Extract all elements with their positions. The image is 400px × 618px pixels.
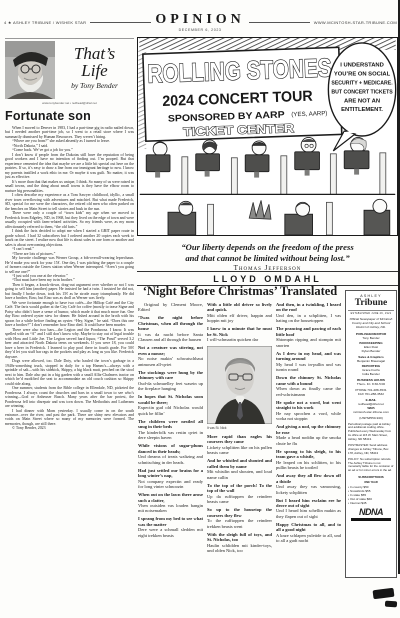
article-paragraph: When I moved to Denver in 1983, I had a …	[5, 126, 134, 139]
poem-stanza: Not a creature was stirring, not even a …	[138, 345, 203, 367]
article-paragraph: I think the farts decided to adopt me wh…	[5, 229, 134, 247]
column-byline: by Tony Bender	[55, 81, 134, 90]
stanza-original: He spoke not a word, but went straight t…	[276, 400, 341, 411]
stanza-original: More rapid than eagles his coursers they…	[207, 434, 272, 445]
cartoon-drawing: ROLLING STONES 2024 CONCERT TOUR SPONSOR…	[138, 38, 397, 235]
stanza-original: ’Twas the night before Christmas, when a…	[138, 315, 203, 331]
section-title-block: OPINION DECEMBER 6, 2023	[155, 13, 244, 32]
billboard: ROLLING STONES 2024 CONCERT TOUR SPONSOR…	[143, 47, 342, 141]
poem-stanza: He spoke not a word, but went straight t…	[276, 400, 341, 422]
stanza-translation: He leaped on his schlitten, to his pulli…	[276, 460, 341, 471]
tony-bender-photo	[5, 41, 55, 99]
stanza-translation: Und away they vas vamoosing, lickety sch…	[276, 484, 341, 495]
stanza-translation: The kinderfolk vas restin qviet in dere …	[138, 430, 203, 441]
poem-stanza: With the sleigh full of toys, and St. Ni…	[207, 532, 272, 554]
stanza-original: With a little old driver so lively and q…	[207, 302, 272, 313]
article-paragraph: Then it began, a knock-down, drag-out ar…	[5, 283, 134, 301]
stanza-translation: It vas da nacht before Santa Clausen and…	[138, 332, 203, 343]
page-header: 4 ★ ASHLEY TRIBUNE / WISHEK STAR OPINION…	[4, 13, 397, 32]
column-title-line1: That’s	[55, 45, 134, 62]
article-paragraph: I don’t know if people from the Dakotas …	[5, 153, 134, 180]
stanza-original: To the top of the porch! To the top of t…	[207, 483, 272, 494]
poem-stanza: So up to the housetop the coursers they …	[207, 507, 272, 529]
stanza-translation: I will-schmartin quicken dar	[207, 337, 272, 342]
stanza-original: Happy Christmas to all, and to all a goo…	[276, 522, 341, 533]
omdahl-headline: ‘Night Before Christmas’ Translated	[137, 285, 343, 298]
poem-stanza: When out on the lawn there arose such a …	[138, 492, 203, 514]
article-paragraph: There were also two bars—the Legion and …	[5, 328, 134, 359]
bubble-line-4: BUT CONCERT TICKETS	[331, 89, 392, 95]
stanza-translation: Made a head noddin up the smoka chute he…	[276, 435, 341, 446]
quote-line-1: “Our liberty depends on the freedom of t…	[137, 242, 398, 253]
billboard-line3b: (YES, AARP)	[291, 110, 327, 118]
subscriptions-subtitle: ONE YEAR	[348, 481, 394, 484]
bubble-line-2: YOU’RE ON SOCIAL	[334, 72, 391, 78]
poem-stanzas-1: ’Twas the night before Christmas, when a…	[138, 315, 203, 538]
staff-entry: Sales & Graphics Benjamin Braunagal	[348, 355, 394, 363]
ndna-logo-bar	[351, 518, 391, 521]
poem-column-1: Original by Clement Moore, Edited ’Twas …	[138, 302, 203, 616]
poem-stanza: And then, in a twinkling, I heard on the…	[276, 302, 341, 324]
article-paragraph: © Tony Bender, 2023	[5, 426, 134, 430]
article-paragraph: There were only a couple of “town kids” …	[5, 211, 134, 229]
masthead-name: Tribune	[348, 299, 394, 309]
poem-stanzas-2b: More rapid than eagles his coursers they…	[207, 434, 272, 554]
header-left-label: 4 ★ ASHLEY TRIBUNE / WISHEK STAR	[4, 20, 86, 25]
stanza-original: The children were nestled all snug in th…	[138, 419, 203, 430]
stanza-original: While visions of sugar-plums danced in t…	[138, 443, 203, 454]
stanza-original: In hopes that St. Nicholas soon would be…	[138, 394, 203, 405]
subscriptions-title: SUBSCRIPTIONS	[348, 475, 394, 479]
staff-entry: BOOKKEEPING Ellen Rust Dylan Bender	[348, 341, 394, 353]
ndna-logo: NDNA	[348, 508, 394, 517]
stanza-original: As I drew in my head, and was turning ar…	[276, 351, 341, 362]
stanza-translation: Vhen outsiden vas louden bangin mit nois…	[138, 503, 203, 514]
article-paragraph: Dogs were allowed, too. Dale Doty, who h…	[5, 359, 134, 386]
poem-stanzas-3: And then, in a twinkling, I heard on the…	[276, 302, 341, 544]
header-rule-left	[90, 22, 151, 23]
stanza-translation: No noise makin’ schwatschhaut antmosen a…	[138, 356, 203, 367]
poem-stanzas-2a: With a little old driver so lively and q…	[207, 302, 272, 343]
poem-stanza: I sprang from my bed to see what was the…	[138, 516, 203, 538]
poem-stanza: The children were nestled all snug in th…	[138, 419, 203, 441]
poem-stanza: While visions of sugar-plums danced in t…	[138, 443, 203, 465]
poem-stanza: He sprang to his sleigh, to his team gav…	[276, 449, 341, 471]
stanza-original: When out on the lawn there arose such a …	[138, 492, 203, 503]
stanza-original: Had just settled our brains for a long w…	[138, 468, 203, 479]
bubble-line-1: I UNDERSTAND	[340, 63, 384, 69]
stanza-translation: A knze schlapen yuletide to all, und to …	[276, 533, 341, 544]
poem-stanza: But I heard him exclaim ere he drove out…	[276, 498, 341, 520]
masthead-postmaster: POSTMASTER: Send address changes to Ashl…	[348, 444, 394, 455]
issue-date: DECEMBER 6, 2023	[155, 28, 244, 32]
stanza-translation: When down as finally came the red-schris…	[276, 386, 341, 397]
stanza-translation: Not company expectin and ready for long …	[138, 479, 203, 490]
stanza-translation: To the rufftoppen the reindeer trekken b…	[207, 518, 272, 529]
stanza-original: I knew in a minute that he must be St. N…	[207, 326, 272, 337]
thats-life-column: That’s Life by Tony Bender www.tonybende…	[5, 38, 134, 431]
stanza-original: Not a creature was stirring, not even a …	[138, 345, 203, 356]
stanza-translation: Dere were a schmall sledden mit eight tr…	[138, 527, 203, 538]
poem-stanza: And away they all flew down off a thistl…	[276, 473, 341, 495]
subscriptions-list: • In county $50 • Snowbirds $55 • In sta…	[348, 485, 394, 505]
poem-stanza: In hopes that St. Nicholas soon would be…	[138, 394, 203, 416]
stanza-original: So up to the housetop the coursers they …	[207, 507, 272, 518]
article-paragraph: It’s more than that that makes us unique…	[5, 180, 134, 193]
bubble-line-5: ARE NOT AN	[344, 98, 380, 104]
poem-stanza: The stockings were hung by the chimney w…	[138, 370, 203, 392]
stanza-original: I sprang from my bed to see what was the…	[138, 516, 203, 527]
masthead-official-text: Official Newspaper of McIntosh County an…	[348, 317, 394, 329]
stanza-original: And giving a nod, up the chimney he rose	[276, 424, 341, 435]
poem-column-2: With a little old driver so lively and q…	[207, 302, 272, 616]
column-title-line2: Life	[55, 62, 134, 79]
article-paragraph: I often describe my experience as a Tom …	[5, 193, 134, 211]
poem-stanza: To the top of the porch! To the top of t…	[207, 483, 272, 505]
stanza-translation: Und dreams of treats waltzing and schnit…	[138, 454, 203, 465]
scan-smudge-1	[373, 588, 395, 599]
stanza-translation: Und den, in a schplitten, I vas hating o…	[276, 313, 341, 324]
article-headline: Fortunate son	[5, 109, 134, 123]
column-title-block: That’s Life by Tony Bender	[55, 41, 134, 99]
masthead-policy: POLICY: No subscription refunds. The Ash…	[348, 458, 394, 473]
poem-stanza: Happy Christmas to all, and to all a goo…	[276, 522, 341, 544]
press-freedom-quote: “Our liberty depends on the freedom of t…	[137, 242, 398, 272]
stanza-translation: My head I was in-pullin und vas turnin r…	[276, 362, 341, 373]
poem-stanza: More rapid than eagles his coursers they…	[207, 434, 272, 456]
header-website: WWW.MCINTOSH-STAR-TRIBUNE.COM	[314, 20, 397, 25]
stanza-original: And he whistled and shouted and called t…	[207, 458, 272, 469]
staff-entry: BUSINESS HOURS Thurs- Fri. 8:30-5:00	[348, 378, 394, 386]
stanza-original: Down the chimney St. Nicholas came with …	[276, 375, 341, 386]
stanza-translation: Oud-da schmuelley feet wasein up the fir…	[138, 381, 203, 392]
stanza-translation: Haulin schlidden mit kinder-toys, und ol…	[207, 543, 272, 554]
poem-stanza: Down the chimney St. Nicholas came with …	[276, 375, 341, 397]
worker-row-back	[140, 137, 394, 194]
masthead-box: ASHLEY Tribune ESTABLISHED JUNE 29, 1921…	[345, 290, 397, 578]
stanza-translation: He nay sprochen a vord, while vorka not …	[276, 411, 341, 422]
staff-names: Grace Fuchs India Bender	[348, 368, 394, 376]
lloyd-omdahl-photo	[207, 346, 272, 424]
staff-entry: PUBLISHER/EDITOR Tony Bender	[348, 332, 394, 340]
poem-stanza: With a little old driver so lively and q…	[207, 302, 272, 324]
stanza-translation: Mitt olden elf driver, happin and hoppin…	[207, 313, 272, 324]
subscription-item: • Internet $45	[348, 501, 394, 505]
stanza-translation: Lickety schplitten like on his pullen be…	[207, 445, 272, 456]
quote-line-2: and that cannot be limited without being…	[137, 253, 398, 264]
article-body: When I moved to Denver in 1983, I had a …	[5, 126, 134, 431]
masthead-usps: (USPS#550-940)	[348, 416, 394, 420]
staff-names: Tony Bender	[348, 336, 394, 340]
stanza-original: And then, in a twinkling, I heard on the…	[276, 302, 341, 313]
stanza-original: And away they all flew down off a thistl…	[276, 473, 341, 484]
article-paragraph: I had dinner with Mom yesterday. I usual…	[5, 409, 134, 427]
author-contact-line: www.tonybender.net • redhead@drtel.net	[5, 101, 134, 105]
bubble-line-3: SECURITY + MEDICARE.	[331, 81, 393, 87]
stanza-translation: Expectin gud old Nicholas would quick be…	[138, 405, 203, 416]
masthead-fax: FAX 701-288-3532	[348, 392, 394, 396]
poem-stanza: And he whistled and shouted and called t…	[207, 458, 272, 480]
masthead-postage: Periodical postage paid at Ashley and ad…	[348, 423, 394, 442]
poem-lead: Original by Clement Moore, Edited	[138, 302, 203, 313]
thats-life-header: That’s Life by Tony Bender	[5, 38, 134, 99]
staff-names: Ellen Rust Dylan Bender	[348, 345, 394, 353]
poem-stanza: I knew in a minute that he must be St. N…	[207, 326, 272, 342]
scan-smudge-2	[385, 601, 397, 608]
poem-stanza: Had just settled our brains for a long w…	[138, 468, 203, 490]
masthead-staff-list: PUBLISHER/EDITOR Tony Bender BOOKKEEPING…	[348, 332, 394, 386]
photo-caption: It vas St. Nick	[207, 427, 272, 431]
masthead-established: ESTABLISHED JUNE 29, 1921	[348, 310, 394, 315]
stanza-translation: Und I heard him schellin makin as they f…	[276, 508, 341, 519]
stanza-original: He sprang to his sleigh, to his team gav…	[276, 449, 341, 460]
stanza-original: With the sleigh full of toys, and St. Ni…	[207, 532, 272, 543]
staff-names: Thurs- Fri. 8:30-5:00	[348, 382, 394, 386]
poem-stanza: As I drew in my head, and was turning ar…	[276, 351, 341, 373]
ticket-center-workers	[140, 137, 394, 235]
article-paragraph: One summer, students from the Bible coll…	[5, 386, 134, 408]
masthead-web: mcintosh-star-tribune.com	[348, 410, 394, 414]
editorial-cartoon-panel: ROLLING STONES 2024 CONCERT TOUR SPONSOR…	[137, 37, 398, 236]
worker-row-front	[168, 199, 390, 235]
stanza-translation: Up da rufftoppen the reindeer beasts cam…	[207, 494, 272, 505]
article-paragraph: We were fortunate enough to have two caf…	[5, 301, 134, 328]
header-rule-right	[249, 22, 310, 23]
section-title: OPINION	[155, 13, 244, 27]
poem-stanza: The prancing and pawing of each little h…	[276, 326, 341, 348]
plant	[249, 200, 271, 219]
staff-names: Benjamin Braunagal	[348, 359, 394, 363]
poem-stanza: And giving a nod, up the chimney he rose…	[276, 424, 341, 446]
bubble-line-6: ENTITLEMENT.	[341, 107, 383, 113]
article-paragraph: My favorite challenge was Werner Group, …	[5, 256, 134, 274]
poem-column-3: And then, in a twinkling, I heard on the…	[276, 302, 341, 616]
stanza-translation: Mit whistlin und shouten, und loud name …	[207, 469, 272, 480]
stanza-translation: Shtompin ripping and stompin mit snorten	[276, 337, 341, 348]
stanza-original: But I heard him exclaim ere he drove out…	[276, 498, 341, 509]
stanza-original: The prancing and pawing of each little h…	[276, 326, 341, 337]
staff-entry: REPORTING Grace Fuchs India Bender	[348, 364, 394, 376]
poem-stanza: ’Twas the night before Christmas, when a…	[138, 315, 203, 342]
stanza-original: The stockings were hung by the chimney w…	[138, 370, 203, 381]
